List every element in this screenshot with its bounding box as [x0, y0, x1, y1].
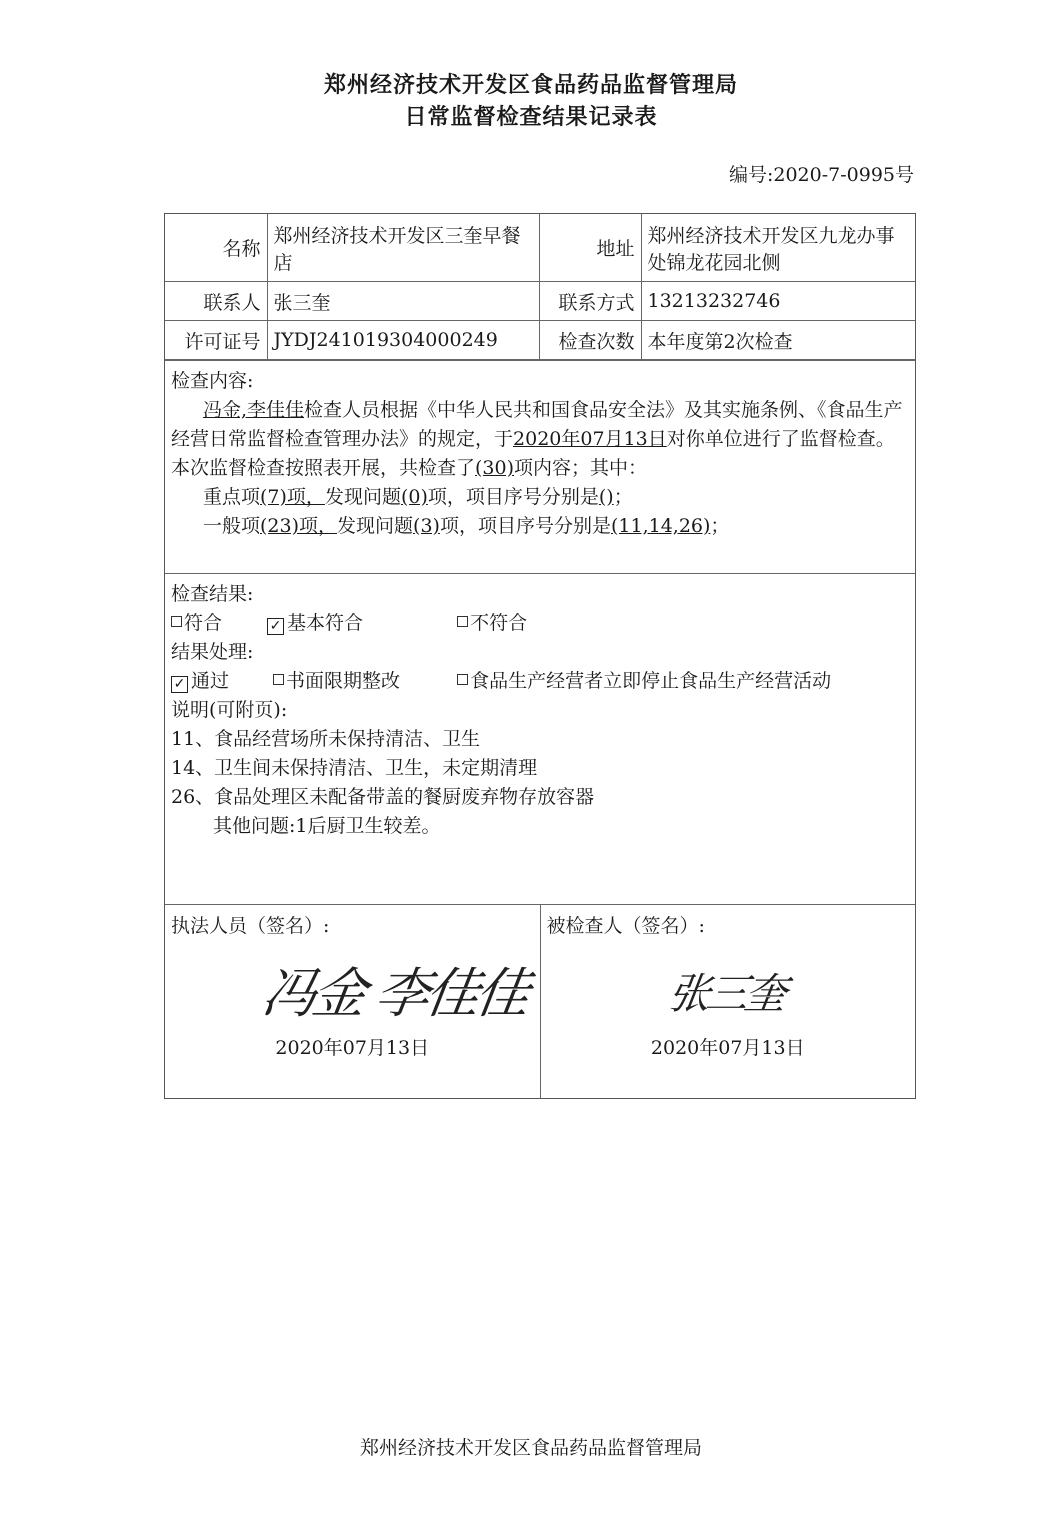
inspection-content-section: 检查内容: 冯金,李佳佳检查人员根据《中华人民共和国食品安全法》及其实施条例、《… — [165, 360, 915, 573]
inspection-form: 名称 郑州经济技术开发区三奎早餐店 地址 郑州经济技术开发区九龙办事处锦龙花园北… — [164, 213, 916, 1099]
inspector-names: 冯金,李佳佳 — [203, 399, 304, 421]
content-text-3: 项内容；其中： — [514, 457, 647, 479]
option-label: 符合 — [184, 612, 222, 634]
checkbox-checked-icon[interactable]: ✓ — [267, 618, 284, 635]
gen-end: ； — [710, 515, 729, 537]
inspected-sign-date: 2020年07月13日 — [541, 1033, 916, 1060]
result-options: 符合 ✓基本符合 不符合 — [171, 609, 909, 638]
option-compliant[interactable]: 符合 — [171, 609, 261, 638]
result-label: 检查结果: — [171, 580, 909, 609]
handling-options: ✓通过 书面限期整改 食品生产经营者立即停止食品生产经营活动 — [171, 667, 909, 696]
option-stop-operations[interactable]: 食品生产经营者立即停止食品生产经营活动 — [457, 667, 831, 696]
gen-count: (23)项， — [260, 515, 337, 537]
gen-issues: (3) — [413, 515, 440, 537]
inspected-signature: 张三奎 — [664, 961, 786, 1021]
option-label: 通过 — [191, 670, 229, 692]
checkbox-unchecked-icon[interactable] — [457, 616, 468, 627]
officer-sign-label: 执法人员（签名）: — [171, 911, 534, 938]
phone-label: 联系方式 — [539, 282, 641, 321]
key-mid: 发现问题 — [325, 486, 401, 508]
option-label: 食品生产经营者立即停止食品生产经营活动 — [470, 670, 831, 692]
option-non-compliant[interactable]: 不符合 — [457, 609, 527, 638]
officer-signature-cell: 执法人员（签名）: 冯金 李佳佳 2020年07月13日 — [165, 905, 541, 1098]
doc-number-value: 2020-7-0995号 — [773, 164, 914, 186]
checkbox-checked-icon[interactable]: ✓ — [171, 676, 188, 693]
note-item: 14、卫生间未保持清洁、卫生，未定期清理 — [171, 754, 909, 783]
officer-sign-date: 2020年07月13日 — [165, 1033, 540, 1060]
footer-agency: 郑州经济技术开发区食品药品监督管理局 — [0, 1433, 1062, 1460]
doc-number-label: 编号: — [729, 164, 773, 186]
key-items-line: 重点项(7)项，发现问题(0)项，项目序号分别是()； — [171, 483, 909, 512]
key-list: () — [599, 486, 614, 508]
gen-mid2: 项，项目序号分别是 — [440, 515, 611, 537]
key-end: ； — [614, 486, 633, 508]
contact-value: 张三奎 — [267, 282, 539, 321]
gen-list: (11,14,26) — [611, 515, 710, 537]
license-label: 许可证号 — [165, 321, 267, 360]
general-items-line: 一般项(23)项，发现问题(3)项，项目序号分别是(11,14,26)； — [171, 512, 909, 541]
agency-title: 郑州经济技术开发区食品药品监督管理局 — [0, 68, 1062, 99]
name-value: 郑州经济技术开发区三奎早餐店 — [267, 214, 539, 282]
gen-mid: 发现问题 — [337, 515, 413, 537]
key-mid2: 项，项目序号分别是 — [428, 486, 599, 508]
content-paragraph: 冯金,李佳佳检查人员根据《中华人民共和国食品安全法》及其实施条例、《食品生产经营… — [171, 396, 909, 483]
inspection-result-section: 检查结果: 符合 ✓基本符合 不符合 结果处理: ✓通过 书面限期整改 食品生产… — [165, 573, 915, 904]
inspected-sign-label: 被检查人（签名）: — [547, 911, 910, 938]
gen-prefix: 一般项 — [203, 515, 260, 537]
inspection-date: 2020年07月13日 — [513, 428, 667, 450]
address-value: 郑州经济技术开发区九龙办事处锦龙花园北侧 — [641, 214, 915, 282]
option-pass[interactable]: ✓通过 — [171, 667, 267, 696]
key-prefix: 重点项 — [203, 486, 260, 508]
inspected-signature-cell: 被检查人（签名）: 张三奎 2020年07月13日 — [541, 905, 916, 1098]
checkbox-unchecked-icon[interactable] — [171, 616, 182, 627]
inspection-count-value: 本年度第2次检查 — [641, 321, 915, 360]
form-title: 日常监督检查结果记录表 — [0, 100, 1062, 131]
contact-label: 联系人 — [165, 282, 267, 321]
total-items: (30) — [475, 457, 514, 479]
phone-value: 13213232746 — [641, 282, 915, 321]
option-rectify[interactable]: 书面限期整改 — [273, 667, 451, 696]
checkbox-unchecked-icon[interactable] — [457, 674, 468, 685]
license-value: JYDJ241019304000249 — [267, 321, 539, 360]
inspection-count-label: 检查次数 — [539, 321, 641, 360]
key-issues: (0) — [401, 486, 428, 508]
note-item: 11、食品经营场所未保持清洁、卫生 — [171, 725, 909, 754]
officer-signature: 冯金 李佳佳 — [258, 951, 532, 1028]
option-basically-compliant[interactable]: ✓基本符合 — [267, 609, 451, 638]
address-label: 地址 — [539, 214, 641, 282]
document-number: 编号:2020-7-0995号 — [729, 160, 914, 187]
key-count: (7)项， — [260, 486, 325, 508]
option-label: 基本符合 — [287, 612, 363, 634]
option-label: 不符合 — [470, 612, 527, 634]
checkbox-unchecked-icon[interactable] — [273, 674, 284, 685]
handling-label: 结果处理: — [171, 638, 909, 667]
signature-section: 执法人员（签名）: 冯金 李佳佳 2020年07月13日 被检查人（签名）: 张… — [165, 904, 915, 1098]
basic-info-table: 名称 郑州经济技术开发区三奎早餐店 地址 郑州经济技术开发区九龙办事处锦龙花园北… — [165, 214, 915, 360]
option-label: 书面限期整改 — [286, 670, 400, 692]
name-label: 名称 — [165, 214, 267, 282]
other-issues: 其他问题:1后厨卫生较差。 — [171, 812, 909, 841]
note-item: 26、食品处理区未配备带盖的餐厨废弃物存放容器 — [171, 783, 909, 812]
content-label: 检查内容: — [171, 367, 909, 396]
notes-label: 说明(可附页): — [171, 696, 909, 725]
